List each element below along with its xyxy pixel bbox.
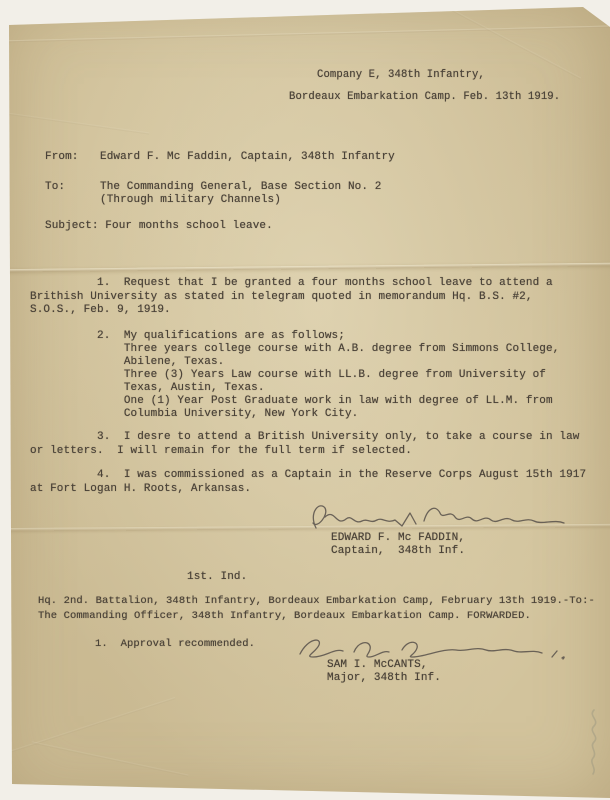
mccants-typed-name: SAM I. McCANTS, [327,659,428,672]
from-label: From: [45,151,79,164]
mcfaddin-typed-name: EDWARD F. Mc FADDIN, [331,532,465,545]
mccants-typed-title: Major, 348th Inf. [327,672,441,685]
to-value-line2: (Through military Channels) [100,194,281,207]
pencil-mark [582,706,606,778]
endorsement-heading: 1st. Ind. [187,571,247,583]
scanned-letter: Company E, 348th Infantry, Bordeaux Emba… [0,0,610,800]
paper-crinkle [0,107,149,134]
body-paragraph-3: 3. I desre to attend a British Universit… [30,431,595,458]
paper-crinkle [439,3,581,80]
paper-crinkle [0,697,175,761]
mcfaddin-typed-title: Captain, 348th Inf. [331,545,465,558]
subject-line: Subject: Four months school leave. [45,220,273,233]
letterhead-unit: Company E, 348th Infantry, [317,69,485,82]
letterhead-camp-date: Bordeaux Embarkation Camp. Feb. 13th 191… [289,91,560,104]
fold-crease-middle [0,263,610,273]
paper-crinkle [32,741,189,776]
endorsement-body: Hq. 2nd. Battalion, 348th Infantry, Bord… [38,594,603,624]
fold-crease-top [0,25,610,42]
body-paragraph-1: 1. Request that I be granted a four mont… [30,277,590,318]
to-value-line1: The Commanding General, Base Section No.… [100,181,381,194]
letter-paper: Company E, 348th Infantry, Bordeaux Emba… [0,0,610,800]
from-value: Edward F. Mc Faddin, Captain, 348th Infa… [100,151,395,164]
endorsement-item: 1. Approval recommended. [95,637,255,652]
body-paragraph-4: 4. I was commissioned as a Captain in th… [30,469,595,496]
to-label: To: [45,181,65,194]
body-paragraph-2: 2. My qualifications are as follows; Thr… [30,330,590,421]
